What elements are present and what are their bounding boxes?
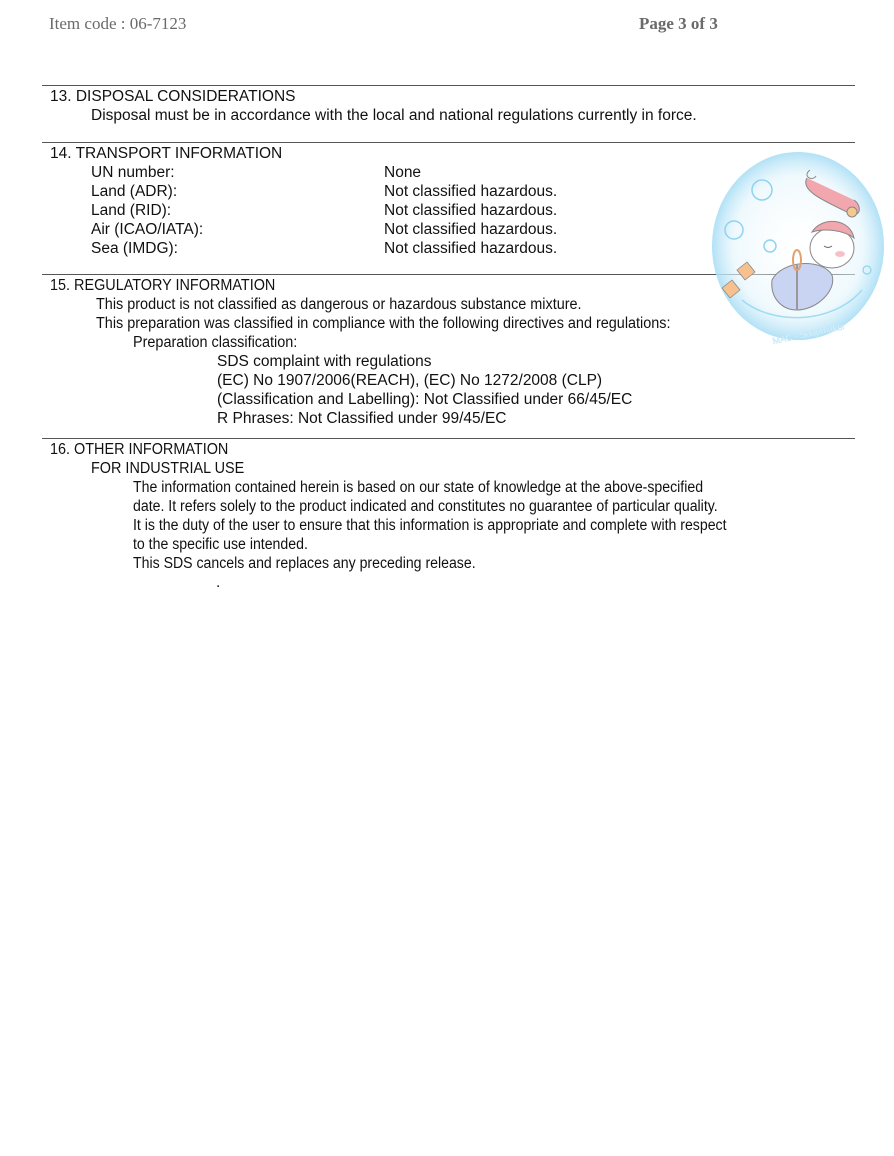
transport-value: Not classified hazardous. <box>384 182 557 201</box>
transport-label: Land (ADR): <box>91 182 177 201</box>
other-info-line: It is the duty of the user to ensure tha… <box>133 516 727 535</box>
header-page-number: Page 3 of 3 <box>639 14 718 34</box>
transport-label: UN number: <box>91 163 175 182</box>
section-14-title: 14. TRANSPORT INFORMATION <box>50 144 282 163</box>
section-16-subtitle: FOR INDUSTRIAL USE <box>91 459 244 478</box>
section-15-line2: This preparation was classified in compl… <box>96 314 670 333</box>
other-info-line: to the specific use intended. <box>133 535 308 554</box>
regulation-item: (EC) No 1907/2006(REACH), (EC) No 1272/2… <box>217 371 602 390</box>
section-16-title: 16. OTHER INFORMATION <box>50 440 228 459</box>
section-divider <box>42 85 855 86</box>
soapmaker-bubble-girl-logo: MAC - Soapmaker <box>712 150 888 350</box>
section-divider <box>42 438 855 439</box>
trailing-dot: . <box>216 573 220 592</box>
section-15-line1: This product is not classified as danger… <box>96 295 582 314</box>
preparation-classification-label: Preparation classification: <box>133 333 297 352</box>
regulation-item: (Classification and Labelling): Not Clas… <box>217 390 632 409</box>
transport-label: Air (ICAO/IATA): <box>91 220 203 239</box>
transport-label: Sea (IMDG): <box>91 239 178 258</box>
regulation-item: SDS complaint with regulations <box>217 352 432 371</box>
other-info-line: The information contained herein is base… <box>133 478 703 497</box>
header-item-code: Item code : 06-7123 <box>49 14 186 34</box>
section-divider <box>42 142 855 143</box>
section-13-text: Disposal must be in accordance with the … <box>91 106 697 125</box>
transport-value: Not classified hazardous. <box>384 239 557 258</box>
section-13-title: 13. DISPOSAL CONSIDERATIONS <box>50 87 295 106</box>
transport-value: Not classified hazardous. <box>384 220 557 239</box>
transport-label: Land (RID): <box>91 201 171 220</box>
section-15-title: 15. REGULATORY INFORMATION <box>50 276 275 295</box>
other-info-line: This SDS cancels and replaces any preced… <box>133 554 476 573</box>
transport-value: Not classified hazardous. <box>384 201 557 220</box>
other-info-line: date. It refers solely to the product in… <box>133 497 718 516</box>
transport-value: None <box>384 163 421 182</box>
regulation-item: R Phrases: Not Classified under 99/45/EC <box>217 409 506 428</box>
